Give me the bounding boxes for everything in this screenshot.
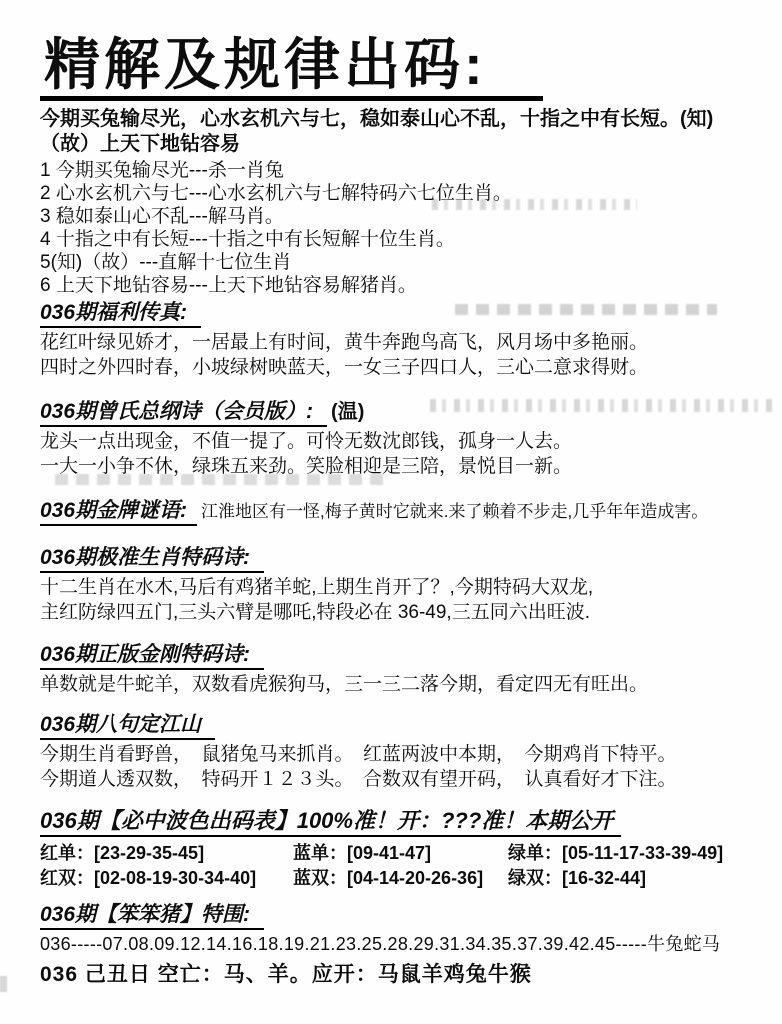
section-bajv-heading: 036期八句定江山 xyxy=(40,713,774,740)
section-jizhun-body: 十二生肖在水木,马后有鸡猪羊蛇,上期生肖开了？,今期特码大双龙, 主红防绿四五门… xyxy=(40,575,774,625)
bose-row-singles: 红单：[23-29-35-45] 蓝单：[09-41-47] 绿单：[05-11… xyxy=(40,841,774,866)
section-zhengban-body: 单数就是牛蛇羊，双数看虎猴狗马，三一三二落今期，看定四无有旺出。 xyxy=(40,672,774,697)
fuli-heading-text: 036期福利传真: xyxy=(40,301,201,328)
intro-line-1: 今期买兔输尽光，心水玄机六与七，稳如泰山心不乱，十指之中有长短。(知) xyxy=(40,107,774,132)
rule-item-2: 2 心水玄机六与七---心水玄机六与七解特码六七位生肖。 xyxy=(40,182,774,205)
green-double-numbers: [16-32-44] xyxy=(562,868,646,888)
page-title: 精解及规律出码: xyxy=(40,36,543,101)
bose-cell-blue-double: 蓝双：[04-14-20-26-36] xyxy=(293,866,508,891)
bajv-line-1: 今期生肖看野兽， 鼠猪兔马来抓肖。 红蓝两波中本期， 今期鸡肖下特平。 xyxy=(40,742,774,767)
intro-verse: 今期买兔输尽光，心水玄机六与七，稳如泰山心不乱，十指之中有长短。(知) （故）上… xyxy=(40,107,774,157)
bose-cell-red-double: 红双：[02-08-19-30-34-40] xyxy=(40,866,293,891)
blue-single-numbers: [09-41-47] xyxy=(347,843,431,863)
bose-table: 红单：[23-29-35-45] 蓝单：[09-41-47] 绿单：[05-11… xyxy=(40,841,774,891)
red-single-numbers: [23-29-35-45] xyxy=(94,843,204,863)
footer-prediction-line: 036 己丑日 空亡：马、羊。应开：马鼠羊鸡兔牛猴 xyxy=(40,962,774,988)
fuli-line-1: 花红叶绿见娇才，一居最上有时间，黄牛奔跑鸟高飞，风月场中多艳丽。 xyxy=(40,330,774,355)
rule-item-4: 4 十指之中有长短---十指之中有长短解十位生肖。 xyxy=(40,228,774,251)
jizhun-line-1: 十二生肖在水木,马后有鸡猪羊蛇,上期生肖开了？,今期特码大双龙, xyxy=(40,575,774,600)
smudge-artifact xyxy=(430,399,778,412)
blue-single-label: 蓝单： xyxy=(293,843,347,863)
red-double-numbers: [02-08-19-30-34-40] xyxy=(94,868,256,888)
rule-item-6: 6 上天下地钻容易---上天下地钻容易解猪肖。 xyxy=(40,274,774,297)
green-double-label: 绿双： xyxy=(508,868,562,888)
bose-cell-green-single: 绿单：[05-11-17-33-39-49] xyxy=(508,841,774,866)
bose-cell-red-single: 红单：[23-29-35-45] xyxy=(40,841,293,866)
scanned-lottery-sheet: 精解及规律出码: 今期买兔输尽光，心水玄机六与七，稳如泰山心不乱，十指之中有长短… xyxy=(0,0,782,1024)
sheet-content: 精解及规律出码: 今期买兔输尽光，心水玄机六与七，稳如泰山心不乱，十指之中有长短… xyxy=(0,0,782,988)
green-single-numbers: [05-11-17-33-39-49] xyxy=(562,843,723,863)
jizhun-heading-text: 036期极准生肖特码诗: xyxy=(40,546,264,573)
bajv-heading-text: 036期八句定江山 xyxy=(40,713,215,740)
blue-double-label: 蓝双： xyxy=(293,868,347,888)
smudge-artifact xyxy=(455,304,717,315)
jizhun-line-2: 主红防绿四五门,三头六臂是哪吒,特段必在 36-49,三五同六出旺波. xyxy=(40,600,774,625)
blue-double-numbers: [04-14-20-26-36] xyxy=(347,868,483,888)
bose-cell-blue-single: 蓝单：[09-41-47] xyxy=(293,841,508,866)
scan-speck xyxy=(0,976,7,992)
section-zhengban-heading: 036期正版金刚特码诗: xyxy=(40,643,774,670)
section-jizhun-heading: 036期极准生肖特码诗: xyxy=(40,546,774,573)
red-single-label: 红单： xyxy=(40,843,94,863)
zengshi-heading-text: 036期曾氏总纲诗（会员版）: xyxy=(40,400,327,427)
bose-heading-text: 036期【必中波色出码表】100%准！开：???准！本期公开 xyxy=(40,808,621,837)
zhengban-heading-text: 036期正版金刚特码诗: xyxy=(40,643,264,670)
smudge-artifact xyxy=(55,474,390,485)
rule-item-3: 3 稳如泰山心不乱---解马肖。 xyxy=(40,205,774,228)
red-double-label: 红双： xyxy=(40,868,94,888)
section-fuli-body: 花红叶绿见娇才，一居最上有时间，黄牛奔跑鸟高飞，风月场中多艳丽。 四时之外四时春… xyxy=(40,330,774,380)
section-jinpai: 036期金牌谜语:江淮地区有一怪,梅子黄时它就来.来了赖着不步走,几乎年年造成害… xyxy=(40,499,774,526)
bose-row-doubles: 红双：[02-08-19-30-34-40] 蓝双：[04-14-20-26-3… xyxy=(40,866,774,891)
rule-list: 1 今期买兔输尽光---杀一肖兔 2 心水玄机六与七---心水玄机六与七解特码六… xyxy=(40,159,774,297)
rule-item-1: 1 今期买兔输尽光---杀一肖兔 xyxy=(40,159,774,182)
jinpai-heading-text: 036期金牌谜语: xyxy=(40,499,197,526)
section-zengshi-body: 龙头一点出现金，不值一提了。可怜无数沈郎钱，孤身一人去。 一大一小争不休，绿珠五… xyxy=(40,429,774,479)
section-bose-heading: 036期【必中波色出码表】100%准！开：???准！本期公开 xyxy=(40,808,774,837)
zengshi-heading-suffix: (温) xyxy=(331,401,364,423)
rule-item-5: 5(知)（故）---直解十七位生肖 xyxy=(40,251,774,274)
benben-heading-text: 036期【笨笨猪】特围: xyxy=(40,903,264,930)
fuli-line-2: 四时之外四时春，小坡绿树映蓝天，一女三子四口人，三心二意求得财。 xyxy=(40,355,774,380)
smudge-artifact xyxy=(432,199,637,210)
bose-cell-green-double: 绿双：[16-32-44] xyxy=(508,866,774,891)
zhengban-line-1: 单数就是牛蛇羊，双数看虎猴狗马，三一三二落今期，看定四无有旺出。 xyxy=(40,672,774,697)
green-single-label: 绿单： xyxy=(508,843,562,863)
section-bajv-body: 今期生肖看野兽， 鼠猪兔马来抓肖。 红蓝两波中本期， 今期鸡肖下特平。 今期道人… xyxy=(40,742,774,792)
bajv-line-2: 今期道人透双数， 特码开１２３头。 合数双有望开码， 认真看好才下注。 xyxy=(40,767,774,792)
section-benben-heading: 036期【笨笨猪】特围: xyxy=(40,903,774,930)
zengshi-line-1: 龙头一点出现金，不值一提了。可怜无数沈郎钱，孤身一人去。 xyxy=(40,429,774,454)
intro-line-2: （故）上天下地钻容易 xyxy=(40,132,774,157)
jinpai-riddle-text: 江淮地区有一怪,梅子黄时它就来.来了赖着不步走,几乎年年造成害。 xyxy=(201,502,708,521)
benben-number-line: 036-----07.08.09.12.14.16.18.19.21.23.25… xyxy=(40,932,774,956)
